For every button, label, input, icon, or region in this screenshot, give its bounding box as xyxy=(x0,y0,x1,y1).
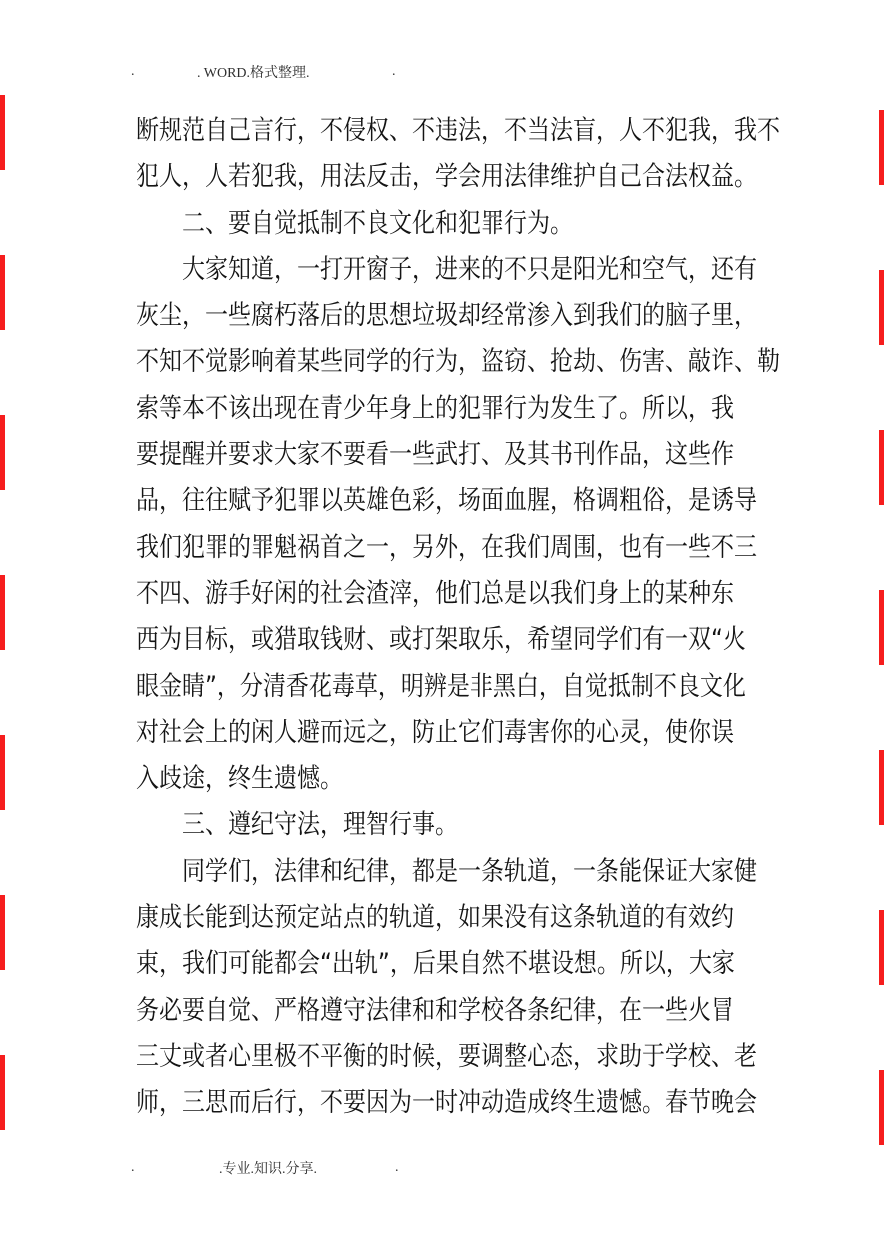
footer-title: .专业.知识.分享. xyxy=(219,1158,317,1178)
header-title: . WORD.格式整理. xyxy=(197,62,310,82)
text-line: 犯人，人若犯我，用法反击，学会用法律维护自己合法权益。 xyxy=(136,151,796,205)
footer-right-dot: . xyxy=(395,1160,399,1176)
document-page: . . WORD.格式整理. . 断规范自己言行，不侵权、不违法，不当法盲，人不… xyxy=(0,0,884,1250)
text-line: 师，三思而后行，不要因为一时冲动造成终生遗憾。春节晚会 xyxy=(136,1077,796,1131)
header-right-dot: . xyxy=(392,64,396,80)
page-border-left-dashes xyxy=(0,95,5,1135)
text-line: 西为目标，或猎取钱财、或打架取乐，希望同学们有一双“火 xyxy=(136,614,796,668)
header-left-dot: . xyxy=(131,64,135,80)
document-body: 断规范自己言行，不侵权、不违法，不当法盲，人不犯我，我不犯人，人若犯我，用法反击… xyxy=(136,108,796,1127)
text-line: 束，我们可能都会“出轨”，后果自然不堪设想。所以，大家 xyxy=(136,938,796,992)
footer-left-dot: . xyxy=(131,1160,135,1176)
page-border-right-dashes xyxy=(879,110,884,1150)
